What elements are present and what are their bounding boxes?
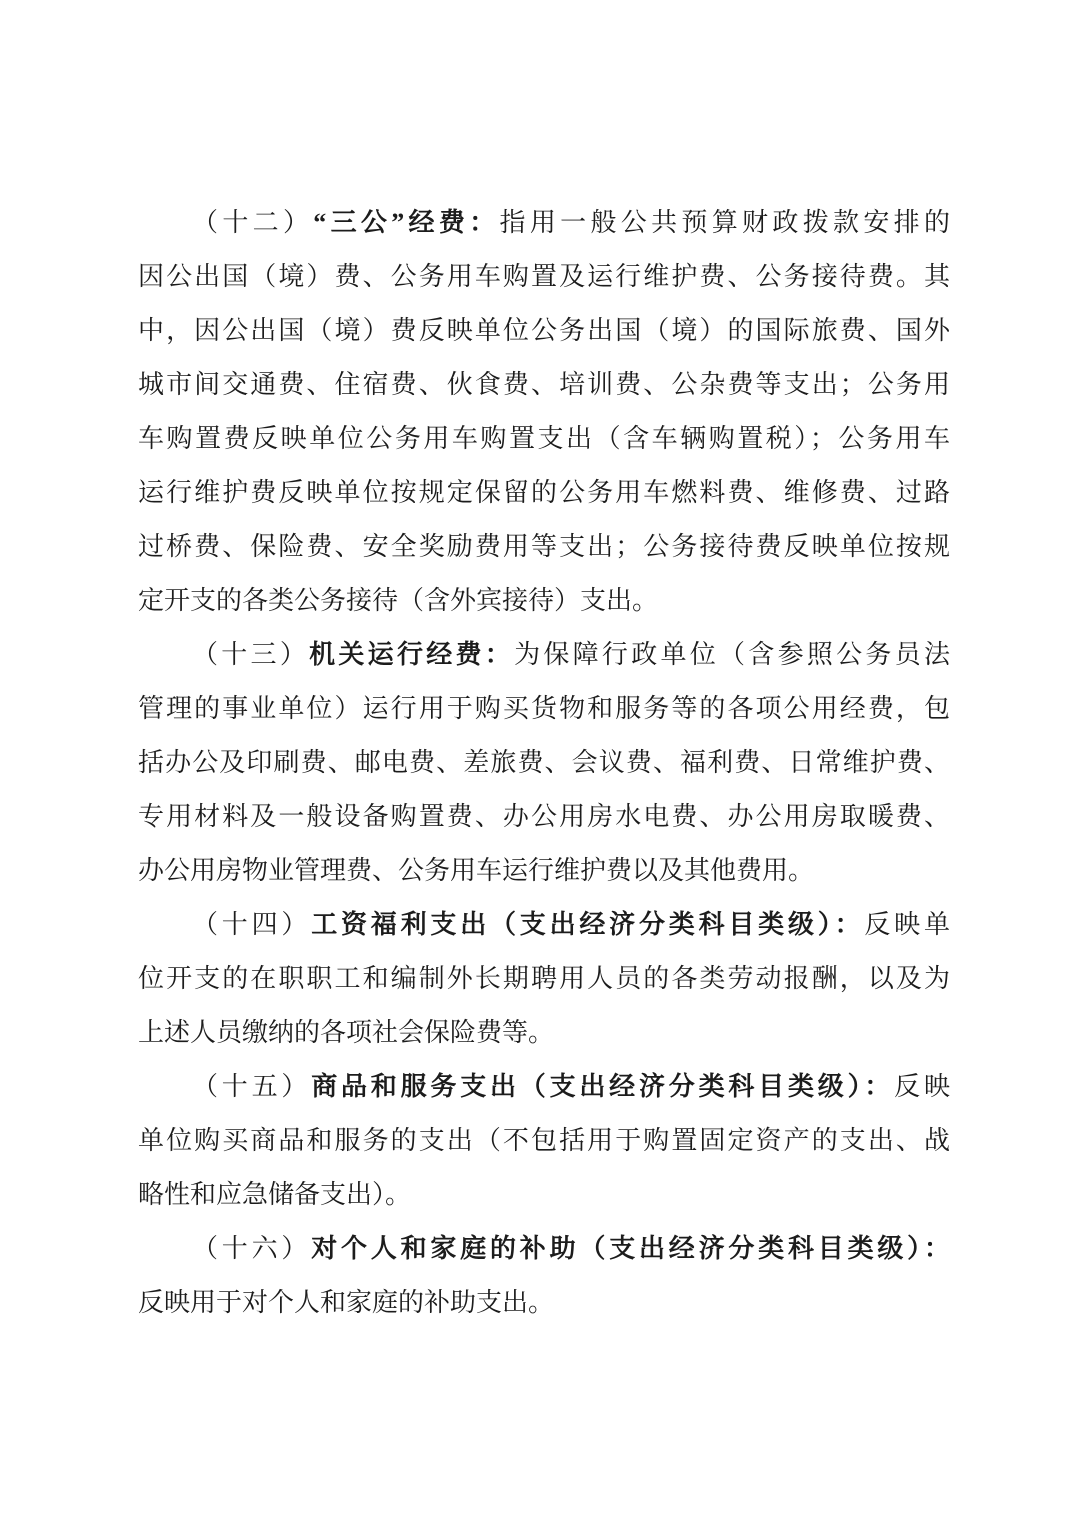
text-line: 位开支的在职职工和编制外长期聘用人员的各类劳动报酬，以及为 — [138, 952, 950, 1006]
text-line: 上述人员缴纳的各项社会保险费等。 — [138, 1006, 950, 1060]
text-line: 城市间交通费、住宿费、伙食费、培训费、公杂费等支出；公务用 — [138, 358, 950, 412]
text-line: 反映用于对个人和家庭的补助支出。 — [138, 1276, 950, 1330]
body-text: （十五） — [192, 1072, 311, 1101]
document-text-block: （十二）“三公”经费：指用一般公共预算财政拨款安排的因公出国（境）费、公务用车购… — [138, 196, 950, 1330]
text-line: 括办公及印刷费、邮电费、差旅费、会议费、福利费、日常维护费、 — [138, 736, 950, 790]
paragraph: （十三）机关运行经费：为保障行政单位（含参照公务员法管理的事业单位）运行用于购买… — [138, 628, 950, 898]
text-line: 运行维护费反映单位按规定保留的公务用车燃料费、维修费、过路 — [138, 466, 950, 520]
text-line: （十五）商品和服务支出（支出经济分类科目类级）：反映 — [138, 1060, 950, 1114]
body-text: 略性和应急储备支出）。 — [138, 1180, 411, 1209]
body-text: 指用一般公共预算财政拨款安排的 — [500, 208, 950, 237]
body-text: 括办公及印刷费、邮电费、差旅费、会议费、福利费、日常维护费、 — [138, 748, 950, 777]
document-page: （十二）“三公”经费：指用一般公共预算财政拨款安排的因公出国（境）费、公务用车购… — [0, 0, 1074, 1520]
body-text: 为保障行政单位（含参照公务员法 — [514, 640, 950, 669]
body-text: 位开支的在职职工和编制外长期聘用人员的各类劳动报酬，以及为 — [138, 964, 950, 993]
text-line: 专用材料及一般设备购置费、办公用房水电费、办公用房取暖费、 — [138, 790, 950, 844]
text-line: 单位购买商品和服务的支出（不包括用于购置固定资产的支出、战 — [138, 1114, 950, 1168]
body-text: 运行维护费反映单位按规定保留的公务用车燃料费、维修费、过路 — [138, 478, 950, 507]
body-text: 专用材料及一般设备购置费、办公用房水电费、办公用房取暖费、 — [138, 802, 950, 831]
paragraph: （十四）工资福利支出（支出经济分类科目类级）：反映单位开支的在职职工和编制外长期… — [138, 898, 950, 1060]
text-line: （十四）工资福利支出（支出经济分类科目类级）：反映单 — [138, 898, 950, 952]
term-bold-text: 工资福利支出（支出经济分类科目类级）： — [311, 910, 864, 939]
body-text: 单位购买商品和服务的支出（不包括用于购置固定资产的支出、战 — [138, 1126, 950, 1155]
body-text: 过桥费、保险费、安全奖励费用等支出；公务接待费反映单位按规 — [138, 532, 950, 561]
body-text: 反映单 — [864, 910, 950, 939]
body-text: 城市间交通费、住宿费、伙食费、培训费、公杂费等支出；公务用 — [138, 370, 950, 399]
paragraph: （十六）对个人和家庭的补助（支出经济分类科目类级）：反映用于对个人和家庭的补助支… — [138, 1222, 950, 1330]
body-text: 反映 — [894, 1072, 950, 1101]
body-text: （十二） — [192, 208, 313, 237]
body-text: 车购置费反映单位公务用车购置支出（含车辆购置税）；公务用车 — [138, 424, 950, 453]
body-text: （十三） — [192, 640, 309, 669]
paragraph: （十二）“三公”经费：指用一般公共预算财政拨款安排的因公出国（境）费、公务用车购… — [138, 196, 950, 628]
text-line: 管理的事业单位）运行用于购买货物和服务等的各项公用经费，包 — [138, 682, 950, 736]
body-text: （十六） — [192, 1234, 311, 1263]
term-bold-text: 商品和服务支出（支出经济分类科目类级）： — [311, 1072, 894, 1101]
body-text: 上述人员缴纳的各项社会保险费等。 — [138, 1018, 554, 1047]
text-line: 办公用房物业管理费、公务用车运行维护费以及其他费用。 — [138, 844, 950, 898]
text-line: 车购置费反映单位公务用车购置支出（含车辆购置税）；公务用车 — [138, 412, 950, 466]
text-line: 定开支的各类公务接待（含外宾接待）支出。 — [138, 574, 950, 628]
body-text: 管理的事业单位）运行用于购买货物和服务等的各项公用经费，包 — [138, 694, 950, 723]
text-line: 中，因公出国（境）费反映单位公务出国（境）的国际旅费、国外 — [138, 304, 950, 358]
text-line: 略性和应急储备支出）。 — [138, 1168, 950, 1222]
body-text: 办公用房物业管理费、公务用车运行维护费以及其他费用。 — [138, 856, 814, 885]
text-line: （十三）机关运行经费：为保障行政单位（含参照公务员法 — [138, 628, 950, 682]
body-text: 定开支的各类公务接待（含外宾接待）支出。 — [138, 586, 658, 615]
term-bold-text: 对个人和家庭的补助（支出经济分类科目类级）： — [311, 1234, 950, 1263]
text-line: 因公出国（境）费、公务用车购置及运行维护费、公务接待费。其 — [138, 250, 950, 304]
body-text: 反映用于对个人和家庭的补助支出。 — [138, 1288, 554, 1317]
paragraph: （十五）商品和服务支出（支出经济分类科目类级）：反映单位购买商品和服务的支出（不… — [138, 1060, 950, 1222]
text-line: 过桥费、保险费、安全奖励费用等支出；公务接待费反映单位按规 — [138, 520, 950, 574]
text-line: （十二）“三公”经费：指用一般公共预算财政拨款安排的 — [138, 196, 950, 250]
term-bold-text: “三公”经费： — [313, 208, 499, 237]
body-text: 因公出国（境）费、公务用车购置及运行维护费、公务接待费。其 — [138, 262, 950, 291]
term-bold-text: 机关运行经费： — [309, 640, 514, 669]
body-text: （十四） — [192, 910, 311, 939]
text-line: （十六）对个人和家庭的补助（支出经济分类科目类级）： — [138, 1222, 950, 1276]
body-text: 中，因公出国（境）费反映单位公务出国（境）的国际旅费、国外 — [138, 316, 950, 345]
